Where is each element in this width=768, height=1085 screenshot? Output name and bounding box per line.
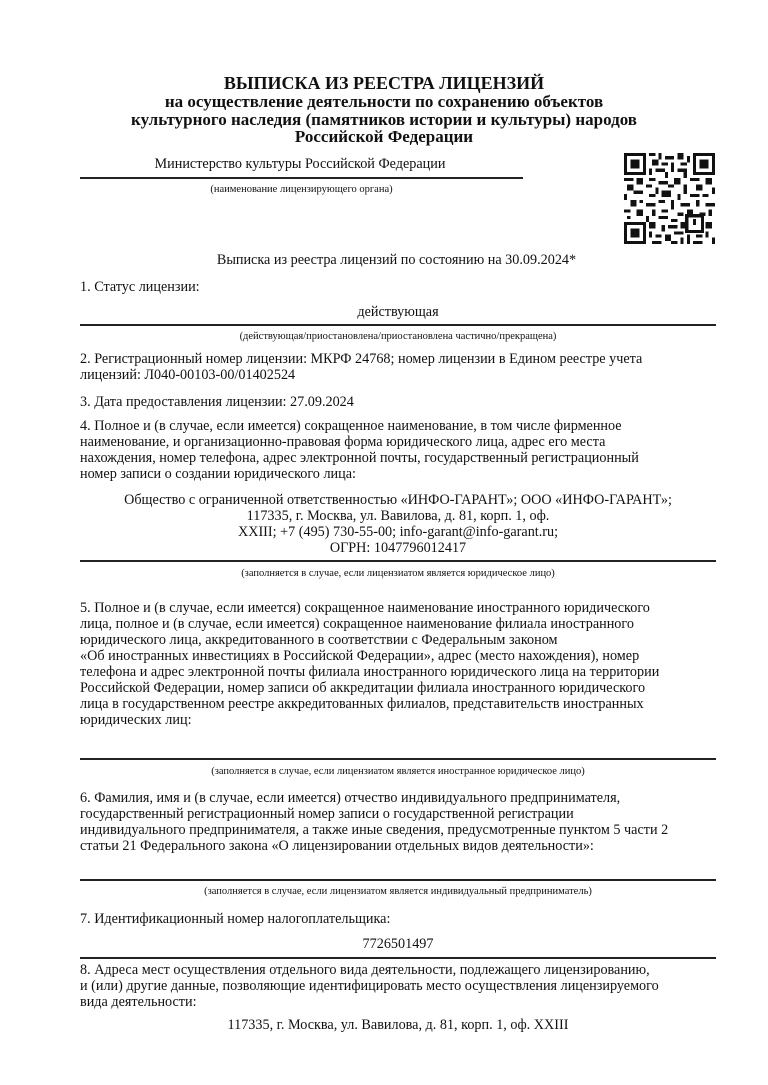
taxpayer-id-value: 7726501497 — [80, 936, 716, 952]
section-7-rule — [80, 957, 716, 959]
document-subtitle-line-3: Российской Федерации — [0, 128, 768, 146]
section-8-line: и (или) другие данные, позволяющие идент… — [80, 978, 716, 994]
license-status-value: действующая — [80, 304, 716, 320]
section-8-text: 8. Адреса мест осуществления отдельного … — [80, 962, 716, 1010]
licensing-body-value: Министерство культуры Российской Федерац… — [80, 156, 520, 172]
section-2-line-1: 2. Регистрационный номер лицензии: МКРФ … — [80, 351, 720, 367]
section-5-line: лица в государственном реестре аккредито… — [80, 696, 716, 712]
qr-code-icon — [624, 153, 715, 244]
section-4-line: номер записи о создании юридического лиц… — [80, 466, 716, 482]
section-1-label: 1. Статус лицензии: — [80, 279, 200, 295]
activity-address-value: 117335, г. Москва, ул. Вавилова, д. 81, … — [80, 1017, 716, 1033]
section-4-line: 4. Полное и (в случае, если имеется) сок… — [80, 418, 716, 434]
section-6-text: 6. Фамилия, имя и (в случае, если имеетс… — [80, 790, 716, 854]
section-6-rule — [80, 879, 716, 881]
section-5-line: юридических лиц: — [80, 712, 716, 728]
licensing-body-caption: (наименование лицензирующего органа) — [80, 184, 523, 196]
section-5-line: 5. Полное и (в случае, если имеется) сок… — [80, 600, 716, 616]
section-5-line: лица, полное и (в случае, если имеется) … — [80, 616, 716, 632]
section-1-caption: (действующая/приостановлена/приостановле… — [80, 331, 716, 343]
document-subtitle-line-1: на осуществление деятельности по сохране… — [0, 93, 768, 111]
section-6-caption: (заполняется в случае, если лицензиатом … — [80, 886, 716, 898]
section-4-text: 4. Полное и (в случае, если имеется) сок… — [80, 418, 716, 482]
section-5-rule — [80, 758, 716, 760]
section-8-line: вида деятельности: — [80, 994, 716, 1010]
section-5-caption: (заполняется в случае, если лицензиатом … — [80, 766, 716, 778]
section-4-line: наименование, и организационно-правовая … — [80, 434, 716, 450]
section-5-line: юридического лица, аккредитованного в со… — [80, 632, 716, 648]
section-5-line: телефона и адрес электронной почты филиа… — [80, 664, 716, 680]
section-6-line: индивидуального предпринимателя, а также… — [80, 822, 716, 838]
extract-date-line: Выписка из реестра лицензий по состоянию… — [0, 252, 768, 268]
licensing-body-rule — [80, 177, 523, 179]
section-5-text: 5. Полное и (в случае, если имеется) сок… — [80, 600, 716, 728]
legal-entity-contacts: XXIII; +7 (495) 730-55-00; info-garant@i… — [80, 524, 716, 540]
section-6-line: 6. Фамилия, имя и (в случае, если имеетс… — [80, 790, 716, 806]
section-6-line: государственный регистрационный номер за… — [80, 806, 716, 822]
section-2-line-2: лицензий: Л040-00103-00/01402524 — [80, 367, 720, 383]
license-extract-page: ВЫПИСКА ИЗ РЕЕСТРА ЛИЦЕНЗИЙ на осуществл… — [0, 0, 768, 1085]
section-5-line: Российской Федерации, номер записи об ак… — [80, 680, 716, 696]
legal-entity-address: 117335, г. Москва, ул. Вавилова, д. 81, … — [80, 508, 716, 524]
document-title: ВЫПИСКА ИЗ РЕЕСТРА ЛИЦЕНЗИЙ — [0, 74, 768, 92]
legal-entity-name: Общество с ограниченной ответственностью… — [80, 492, 716, 508]
section-4-line: нахождения, номер телефона, адрес электр… — [80, 450, 716, 466]
section-7-label: 7. Идентификационный номер налогоплатель… — [80, 911, 390, 927]
section-4-rule — [80, 560, 716, 562]
section-6-line: статьи 21 Федерального закона «О лицензи… — [80, 838, 716, 854]
section-1-rule — [80, 324, 716, 326]
section-8-line: 8. Адреса мест осуществления отдельного … — [80, 962, 716, 978]
section-5-line: «Об иностранных инвестициях в Российской… — [80, 648, 716, 664]
legal-entity-details: Общество с ограниченной ответственностью… — [80, 492, 716, 556]
legal-entity-ogrn: ОГРН: 1047796012417 — [80, 540, 716, 556]
section-4-caption: (заполняется в случае, если лицензиатом … — [80, 568, 716, 580]
section-3-issue-date: 3. Дата предоставления лицензии: 27.09.2… — [80, 394, 354, 410]
